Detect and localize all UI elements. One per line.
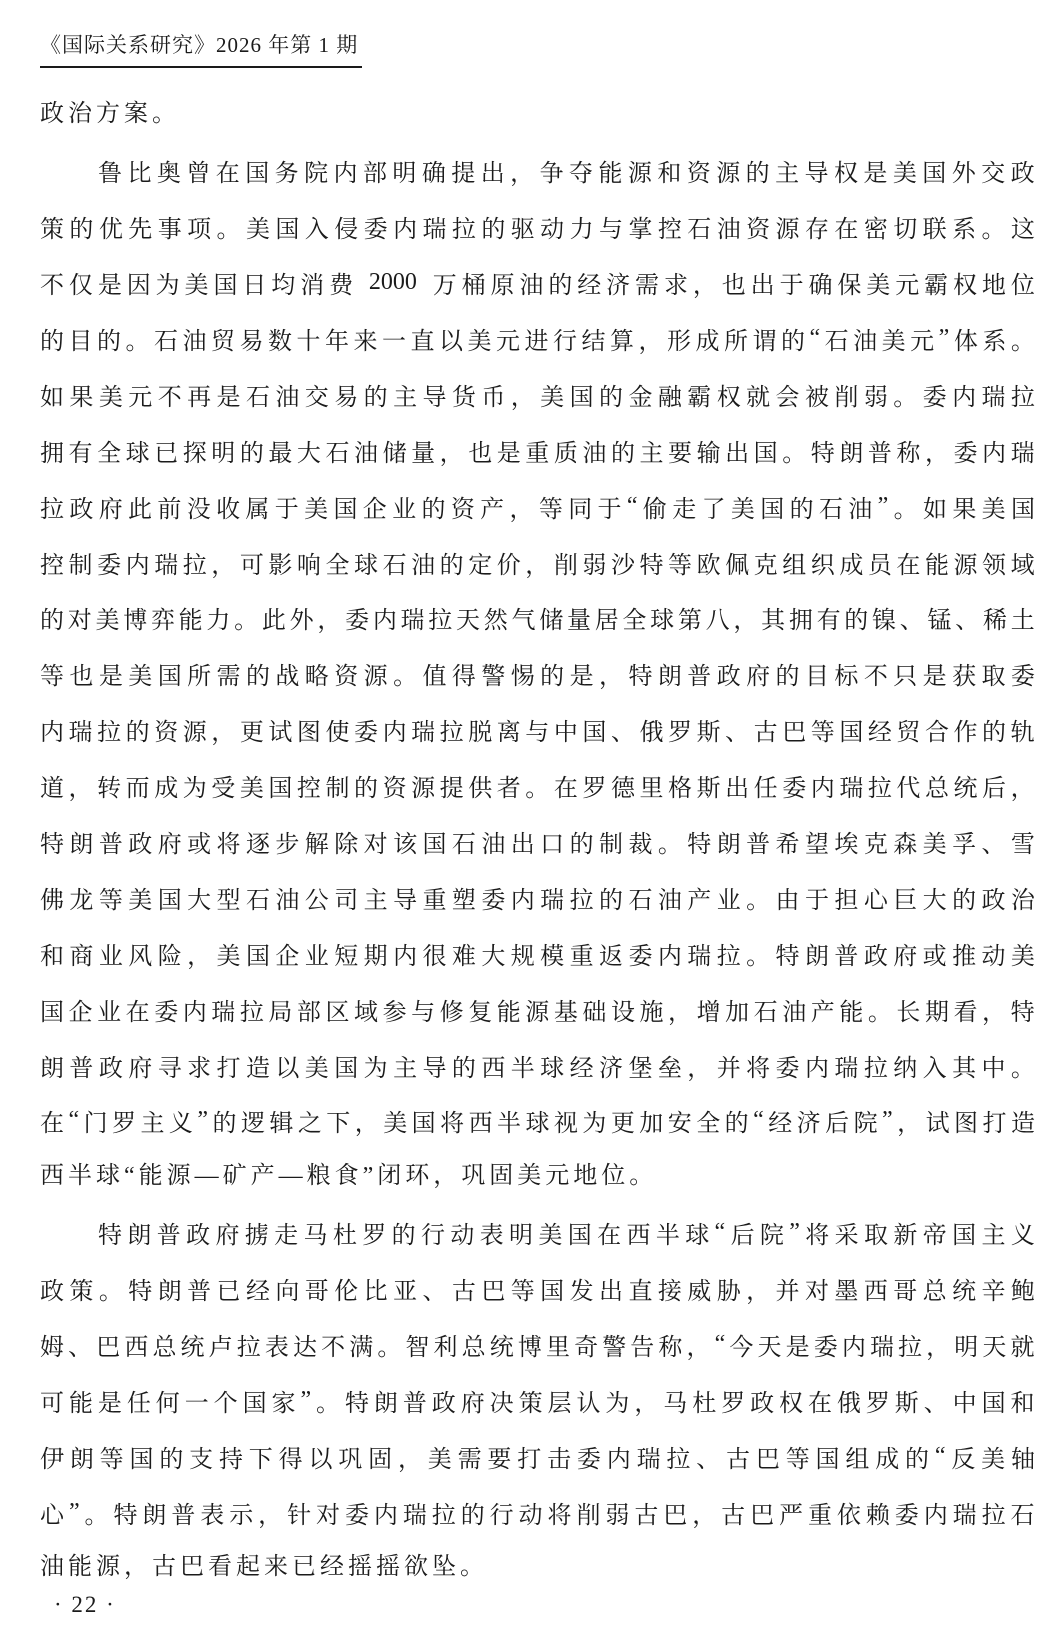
journal-page: 《国际关系研究》2026 年第 1 期 政治方案。鲁比奥曾在国务院内部明确提出，… <box>0 0 1055 1633</box>
text-line: 佛龙等美国大型石油公司主导重塑委内瑞拉的石油产业。由于担心巨大的政治 <box>40 869 1035 925</box>
text-line: 和商业风险，美国企业短期内很难大规模重返委内瑞拉。特朗普政府或推动美 <box>40 925 1035 981</box>
text-line: 国企业在委内瑞拉局部区域参与修复能源基础设施，增加石油产能。长期看，特 <box>40 981 1035 1037</box>
text-line: 特朗普政府掳走马杜罗的行动表明美国在西半球“后院”将采取新帝国主义 <box>40 1205 1035 1261</box>
text-line: 可能是任何一个国家”。特朗普政府决策层认为，马杜罗政权在俄罗斯、中国和 <box>40 1372 1035 1428</box>
text-line: 如果美元不再是石油交易的主导货币，美国的金融霸权就会被削弱。委内瑞拉 <box>40 366 1035 422</box>
text-line: 油能源，古巴看起来已经摇摇欲坠。 <box>40 1540 1035 1596</box>
text-line: 西半球“能源—矿产—粮食”闭环，巩固美元地位。 <box>40 1149 1035 1205</box>
text-line: 政治方案。 <box>40 87 1035 143</box>
text-line: 政策。特朗普已经向哥伦比亚、古巴等国发出直接威胁，并对墨西哥总统辛鲍 <box>40 1261 1035 1317</box>
text-line: 鲁比奥曾在国务院内部明确提出，争夺能源和资源的主导权是美国外交政 <box>40 143 1035 199</box>
text-line: 道，转而成为受美国控制的资源提供者。在罗德里格斯出任委内瑞拉代总统后， <box>40 758 1035 814</box>
journal-issue-header: 《国际关系研究》2026 年第 1 期 <box>40 29 362 68</box>
text-line: 姆、巴西总统卢拉表达不满。智利总统博里奇警告称，“今天是委内瑞拉，明天就 <box>40 1317 1035 1373</box>
text-line: 内瑞拉的资源，更试图使委内瑞拉脱离与中国、俄罗斯、古巴等国经贸合作的轨 <box>40 702 1035 758</box>
page-number: · 22 · <box>54 1588 116 1622</box>
text-line: 不仅是因为美国日均消费 2000 万桶原油的经济需求，也出于确保美元霸权地位 <box>40 255 1035 311</box>
text-line: 拉政府此前没收属于美国企业的资产，等同于“偷走了美国的石油”。如果美国 <box>40 478 1035 534</box>
text-line: 伊朗等国的支持下得以巩固，美需要打击委内瑞拉、古巴等国组成的“反美轴 <box>40 1428 1035 1484</box>
text-line: 控制委内瑞拉，可影响全球石油的定价，削弱沙特等欧佩克组织成员在能源领域 <box>40 534 1035 590</box>
text-line: 朗普政府寻求打造以美国为主导的西半球经济堡垒，并将委内瑞拉纳入其中。 <box>40 1037 1035 1093</box>
text-line: 等也是美国所需的战略资源。值得警惕的是，特朗普政府的目标不只是获取委 <box>40 646 1035 702</box>
text-line: 心”。特朗普表示，针对委内瑞拉的行动将削弱古巴，古巴严重依赖委内瑞拉石 <box>40 1484 1035 1540</box>
text-line: 特朗普政府或将逐步解除对该国石油出口的制裁。特朗普希望埃克森美孚、雪 <box>40 814 1035 870</box>
text-line: 的目的。石油贸易数十年来一直以美元进行结算，形成所谓的“石油美元”体系。 <box>40 311 1035 367</box>
text-line: 策的优先事项。美国入侵委内瑞拉的驱动力与掌控石油资源存在密切联系。这 <box>40 199 1035 255</box>
text-line: 拥有全球已探明的最大石油储量，也是重质油的主要输出国。特朗普称，委内瑞 <box>40 422 1035 478</box>
text-line: 的对美博弈能力。此外，委内瑞拉天然气储量居全球第八，其拥有的镍、锰、稀土 <box>40 590 1035 646</box>
article-body: 政治方案。鲁比奥曾在国务院内部明确提出，争夺能源和资源的主导权是美国外交政策的优… <box>40 87 1035 1596</box>
text-line: 在“门罗主义”的逻辑之下，美国将西半球视为更加安全的“经济后院”，试图打造 <box>40 1093 1035 1149</box>
